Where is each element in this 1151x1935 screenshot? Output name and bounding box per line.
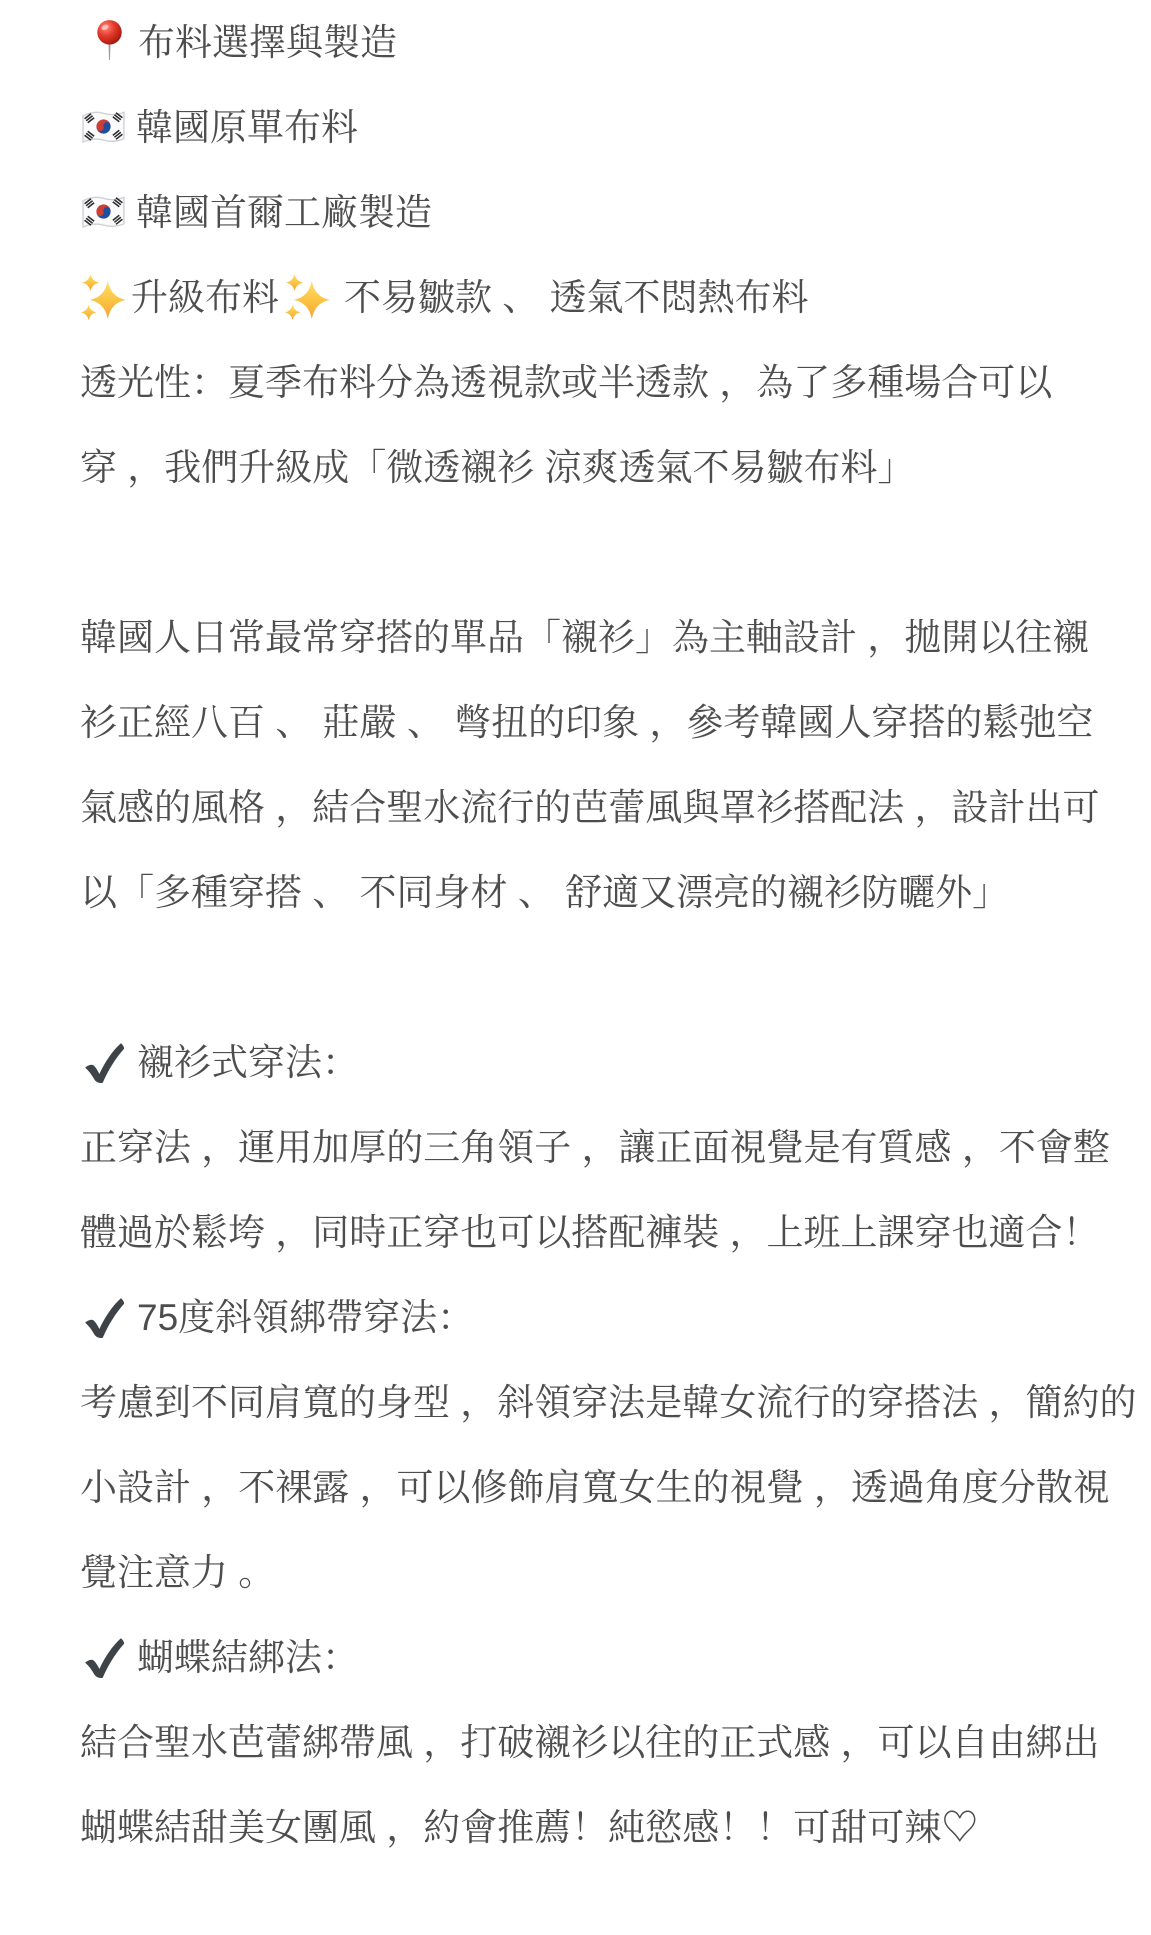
text-line: 覺注意力 。 [80,1530,1095,1615]
line-text: 不易皺款 、 透氣不悶熱布料 [344,277,809,318]
line-text: 蝴蝶結甜美女團風 ，約會推薦！純慾感！！可甜可辣♡ [80,1807,978,1848]
text-line: 蝴蝶結綁法： [80,1615,1095,1700]
line-text: 正穿法 ，運用加厚的三角領子 ，讓正面視覺是有質感 ，不會整 [80,1127,1110,1168]
text-line: 考慮到不同肩寬的身型 ，斜領穿法是韓女流行的穿搭法 ，簡約的 [80,1360,1095,1445]
text-line: 韓國原單布料 [80,85,1095,170]
line-text: 升級布料 [131,277,279,318]
line-text: 75度斜領綁帶穿法： [137,1297,474,1338]
line-text: 韓國首爾工廠製造 [136,192,432,233]
line-text: 蝴蝶結綁法： [137,1637,359,1678]
line-text: 以「多種穿搭 、 不同身材 、 舒適又漂亮的襯衫防曬外」 [80,872,1009,913]
text-line: 結合聖水芭蕾綁帶風 ，打破襯衫以往的正式感 ，可以自由綁出 [80,1700,1095,1785]
line-text: 小設計 ，不裸露 ，可以修飾肩寬女生的視覺 ，透過角度分散視 [80,1467,1110,1508]
line-text: 布料選擇與製造 [138,22,397,63]
text-line: 襯衫式穿法： [80,1020,1095,1105]
line-text: 襯衫式穿法： [137,1042,359,1083]
text-line: 蝴蝶結甜美女團風 ，約會推薦！純慾感！！可甜可辣♡ [80,1785,1095,1870]
line-text: 透光性：夏季布料分為透視款或半透款 ，為了多種場合可以 [80,362,1052,403]
line-text: 考慮到不同肩寬的身型 ，斜領穿法是韓女流行的穿搭法 ，簡約的 [80,1382,1137,1423]
line-text: 體過於鬆垮 ，同時正穿也可以搭配褲裝 ，上班上課穿也適合！ [80,1212,1100,1253]
text-line: 布料選擇與製造 [80,0,1095,85]
text-line: 韓國首爾工廠製造 [80,170,1095,255]
text-line: 韓國人日常最常穿搭的單品「襯衫」為主軸設計 ，拋開以往襯 [80,595,1095,680]
line-text: 穿 ，我們升級成「微透襯衫 涼爽透氣不易皺布料」 [80,447,915,488]
text-line: 75度斜領綁帶穿法： [80,1275,1095,1360]
line-text: 覺注意力 。 [80,1552,275,1593]
check-mark-icon [80,1634,127,1681]
text-line: 氣感的風格 ，結合聖水流行的芭蕾風與罩衫搭配法 ，設計出可 [80,765,1095,850]
line-text: 結合聖水芭蕾綁帶風 ，打破襯衫以往的正式感 ，可以自由綁出 [80,1722,1100,1763]
line-text: 韓國人日常最常穿搭的單品「襯衫」為主軸設計 ，拋開以往襯 [80,617,1089,658]
blank-line [80,510,1095,595]
text-line: 衫正經八百 、 莊嚴 、 彆扭的印象 ，參考韓國人穿搭的鬆弛空 [80,680,1095,765]
product-description-panel: 布料選擇與製造 韓國原單布料 韓國首爾工廠製造 [0,0,1151,1870]
south-korea-flag-icon [80,109,127,146]
text-line: 以「多種穿搭 、 不同身材 、 舒適又漂亮的襯衫防曬外」 [80,850,1095,935]
text-line: 小設計 ，不裸露 ，可以修飾肩寬女生的視覺 ，透過角度分散視 [80,1445,1095,1530]
line-text: 衫正經八百 、 莊嚴 、 彆扭的印象 ，參考韓國人穿搭的鬆弛空 [80,702,1093,743]
sparkles-icon [284,274,330,320]
blank-line [80,935,1095,1020]
text-line: 穿 ，我們升級成「微透襯衫 涼爽透氣不易皺布料」 [80,425,1095,510]
line-text: 韓國原單布料 [136,107,358,148]
check-mark-icon [80,1294,127,1341]
text-line: 透光性：夏季布料分為透視款或半透款 ，為了多種場合可以 [80,340,1095,425]
text-line: 升級布料 不易皺款 、 透氣不悶熱布料 [80,255,1095,340]
text-line: 體過於鬆垮 ，同時正穿也可以搭配褲裝 ，上班上課穿也適合！ [80,1190,1095,1275]
text-line: 正穿法 ，運用加厚的三角領子 ，讓正面視覺是有質感 ，不會整 [80,1105,1095,1190]
check-mark-icon [80,1039,127,1086]
sparkles-icon [80,274,126,320]
south-korea-flag-icon [80,194,127,231]
pushpin-icon [95,18,124,62]
line-text: 氣感的風格 ，結合聖水流行的芭蕾風與罩衫搭配法 ，設計出可 [80,787,1100,828]
